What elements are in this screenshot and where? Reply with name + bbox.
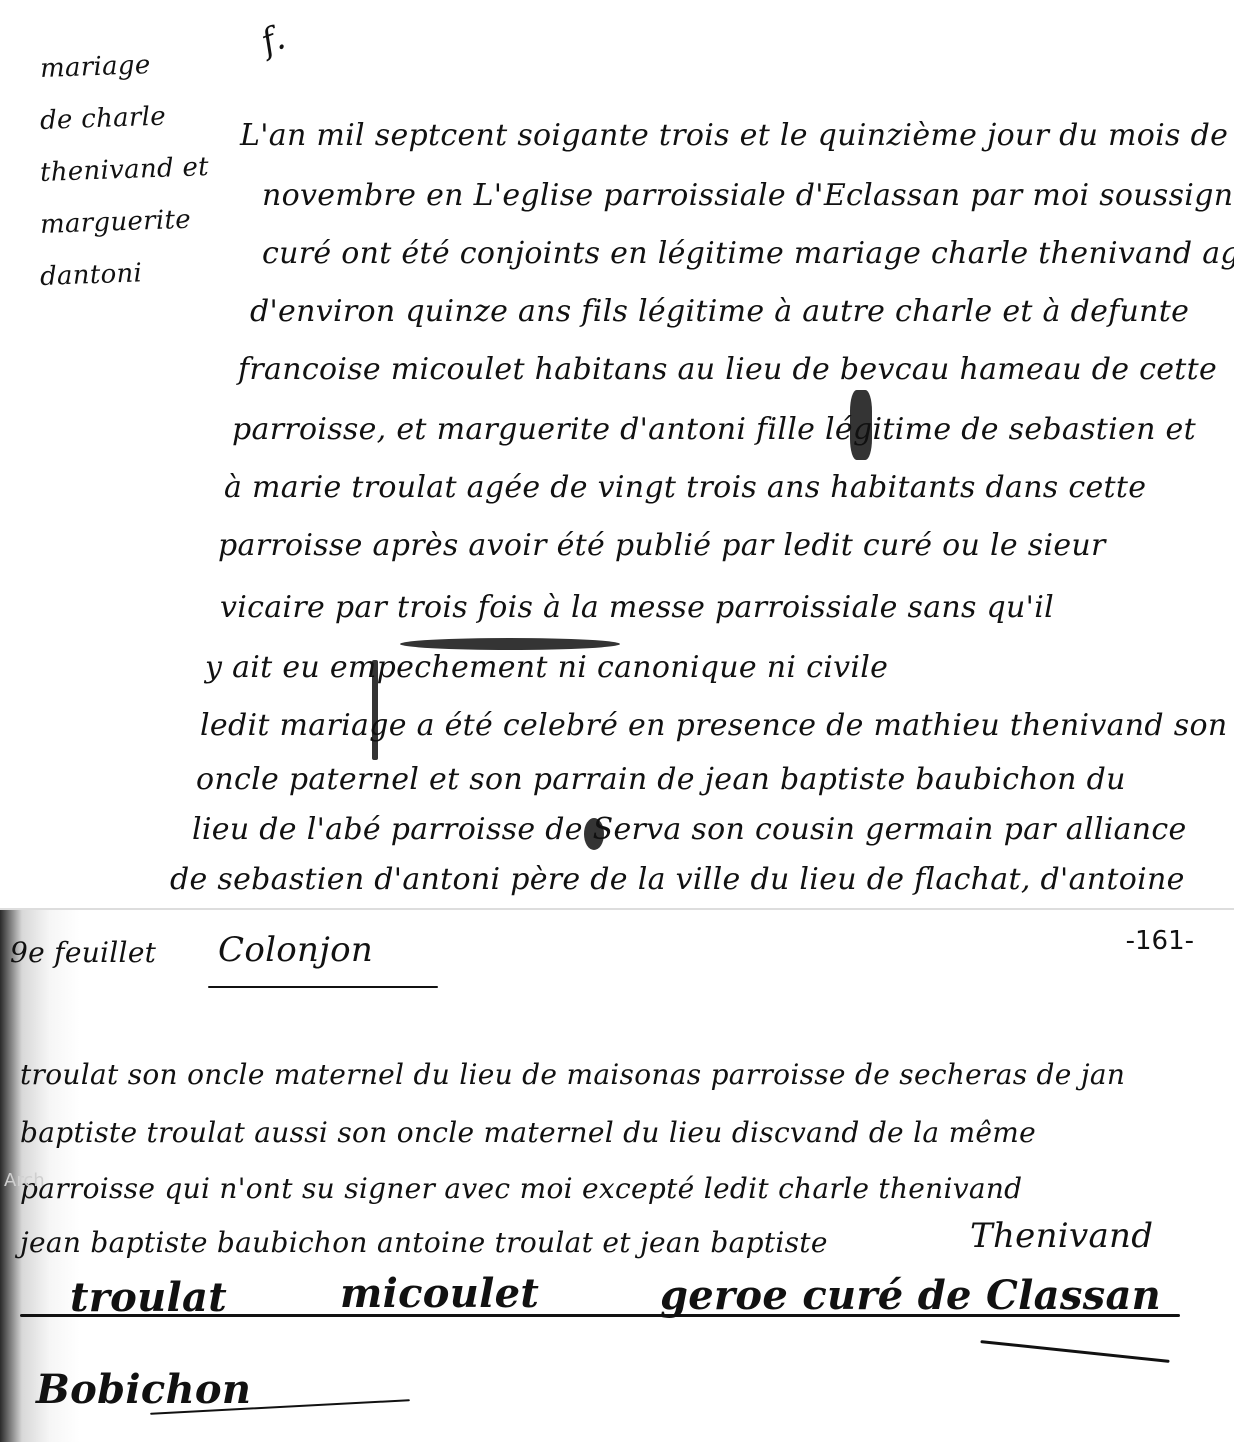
signature-curate: geroe curé de Classan: [660, 1272, 1161, 1319]
archive-watermark: Arch: [4, 1170, 45, 1191]
record-line: novembre en L'eglise parroissiale d'Ecla…: [262, 178, 1234, 213]
folio-mark: f.: [256, 17, 291, 62]
signature-micoulet: micoulet: [340, 1270, 539, 1317]
register-page-top: mariage de charle thenivand et marguerit…: [0, 0, 1234, 910]
record-line: L'an mil septcent soigante trois et le q…: [240, 118, 1228, 153]
leaf-label: 9e feuillet: [10, 936, 156, 969]
margin-note-line: de charle: [39, 89, 210, 147]
signature-thenivand: Thenivand: [970, 1216, 1153, 1256]
ink-strike: [400, 638, 620, 650]
record-line: à marie troulat agée de vingt trois ans …: [224, 470, 1146, 505]
signature-flourish: [980, 1340, 1169, 1363]
record-line: lieu de l'abé parroisse de Serva son cou…: [192, 812, 1187, 847]
register-page-bottom: 9e feuillet Colonjon -161- troulat son o…: [0, 910, 1234, 1442]
record-line: curé ont été conjoints en légitime maria…: [262, 236, 1234, 271]
record-line: parroisse qui n'ont su signer avec moi e…: [20, 1172, 1022, 1205]
page-number: -161-: [1126, 926, 1194, 956]
record-line: d'environ quinze ans fils légitime à aut…: [250, 294, 1189, 329]
record-line: parroisse après avoir été publié par led…: [218, 528, 1106, 563]
ink-stroke: [372, 660, 378, 760]
record-line: oncle paternel et son parrain de jean ba…: [196, 762, 1126, 797]
record-line: baptiste troulat aussi son oncle materne…: [20, 1116, 1036, 1149]
record-line: parroisse, et marguerite d'antoni fille …: [232, 412, 1196, 447]
ink-blot: [850, 390, 872, 460]
margin-note-line: marguerite: [39, 193, 210, 251]
record-line: vicaire par trois fois à la messe parroi…: [220, 590, 1054, 625]
record-line: francoise micoulet habitans au lieu de b…: [238, 352, 1217, 387]
ink-blot: [584, 818, 604, 850]
margin-note-line: thenivand et: [39, 141, 210, 199]
record-line: jean baptiste baubichon antoine troulat …: [20, 1226, 828, 1259]
margin-note: mariage de charle thenivand et marguerit…: [40, 40, 209, 300]
header-underline: [208, 986, 438, 988]
record-line: y ait eu empechement ni canonique ni civ…: [205, 650, 888, 685]
leaf-name: Colonjon: [218, 930, 373, 970]
signature-rule: [20, 1314, 1180, 1317]
margin-note-line: dantoni: [39, 245, 210, 303]
signature-baubichon: Bobichon: [36, 1366, 251, 1413]
record-line: ledit mariage a été celebré en presence …: [200, 708, 1227, 743]
record-line: de sebastien d'antoni père de la ville d…: [170, 862, 1185, 897]
record-line: troulat son oncle maternel du lieu de ma…: [20, 1058, 1125, 1091]
margin-note-line: mariage: [39, 37, 210, 95]
